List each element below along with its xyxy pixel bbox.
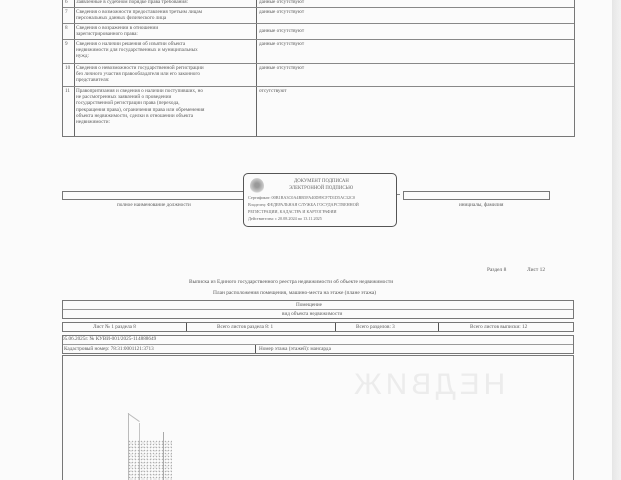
encumbrances-table: 6 Заявленные в судебном порядке права тр… <box>62 0 575 137</box>
table-row: 6 Заявленные в судебном порядке права тр… <box>63 0 574 8</box>
floor-plan-hatching <box>128 440 172 480</box>
table-row: 11 Правопритязания и сведения о наличии … <box>63 87 574 135</box>
sheet-info-row: Лист № 1 раздела 8 Всего листов раздела … <box>62 322 574 332</box>
sheet-number: Лист 12 <box>527 267 545 273</box>
table-row: 7 Сведения о возможности предоставления … <box>63 8 574 24</box>
position-label: полное наименование должности <box>117 202 191 208</box>
table-row: 9 Сведения о наличии решения об изъятии … <box>63 40 574 64</box>
document-title: Выписка из Единого государственного реес… <box>189 279 393 285</box>
section-number: Раздел 8 <box>487 267 506 273</box>
divider <box>438 323 439 331</box>
object-type-box: Помещение вид объекта недвижимости <box>62 300 574 319</box>
object-type: Помещение <box>296 302 322 308</box>
name-signature-box <box>403 191 550 200</box>
divider <box>255 345 256 353</box>
object-type-label: вид объекта недвижимости <box>282 311 342 317</box>
floor-plan-line <box>163 432 164 480</box>
cadastral-number: Кадастровый номер: 78:31:0001121:3713 <box>64 346 154 352</box>
divider <box>186 323 187 331</box>
scan-edge <box>612 0 621 480</box>
reverse-side-watermark: НЕДВИЖ <box>350 368 505 402</box>
divider <box>335 323 336 331</box>
floor-number: Номер этажа (этажей): мансарда <box>259 346 331 352</box>
table-row: 10 Сведения о невозможности государствен… <box>63 64 574 87</box>
cadastral-box: Кадастровый номер: 78:31:0001121:3713 Но… <box>62 335 574 354</box>
document-page: 6 Заявленные в судебном порядке права тр… <box>0 0 612 480</box>
table-row: 8 Сведения о возражении в отношениизарег… <box>63 24 574 40</box>
emblem-icon <box>250 178 264 194</box>
name-label: инициалы, фамилия <box>459 202 503 208</box>
document-subtitle: План расположения помещения, машино-мест… <box>213 290 376 296</box>
electronic-signature-stamp: ДОКУМЕНТ ПОДПИСАН ЭЛЕКТРОННОЙ ПОДПИСЬЮ С… <box>243 173 397 227</box>
position-signature-box <box>62 191 247 200</box>
